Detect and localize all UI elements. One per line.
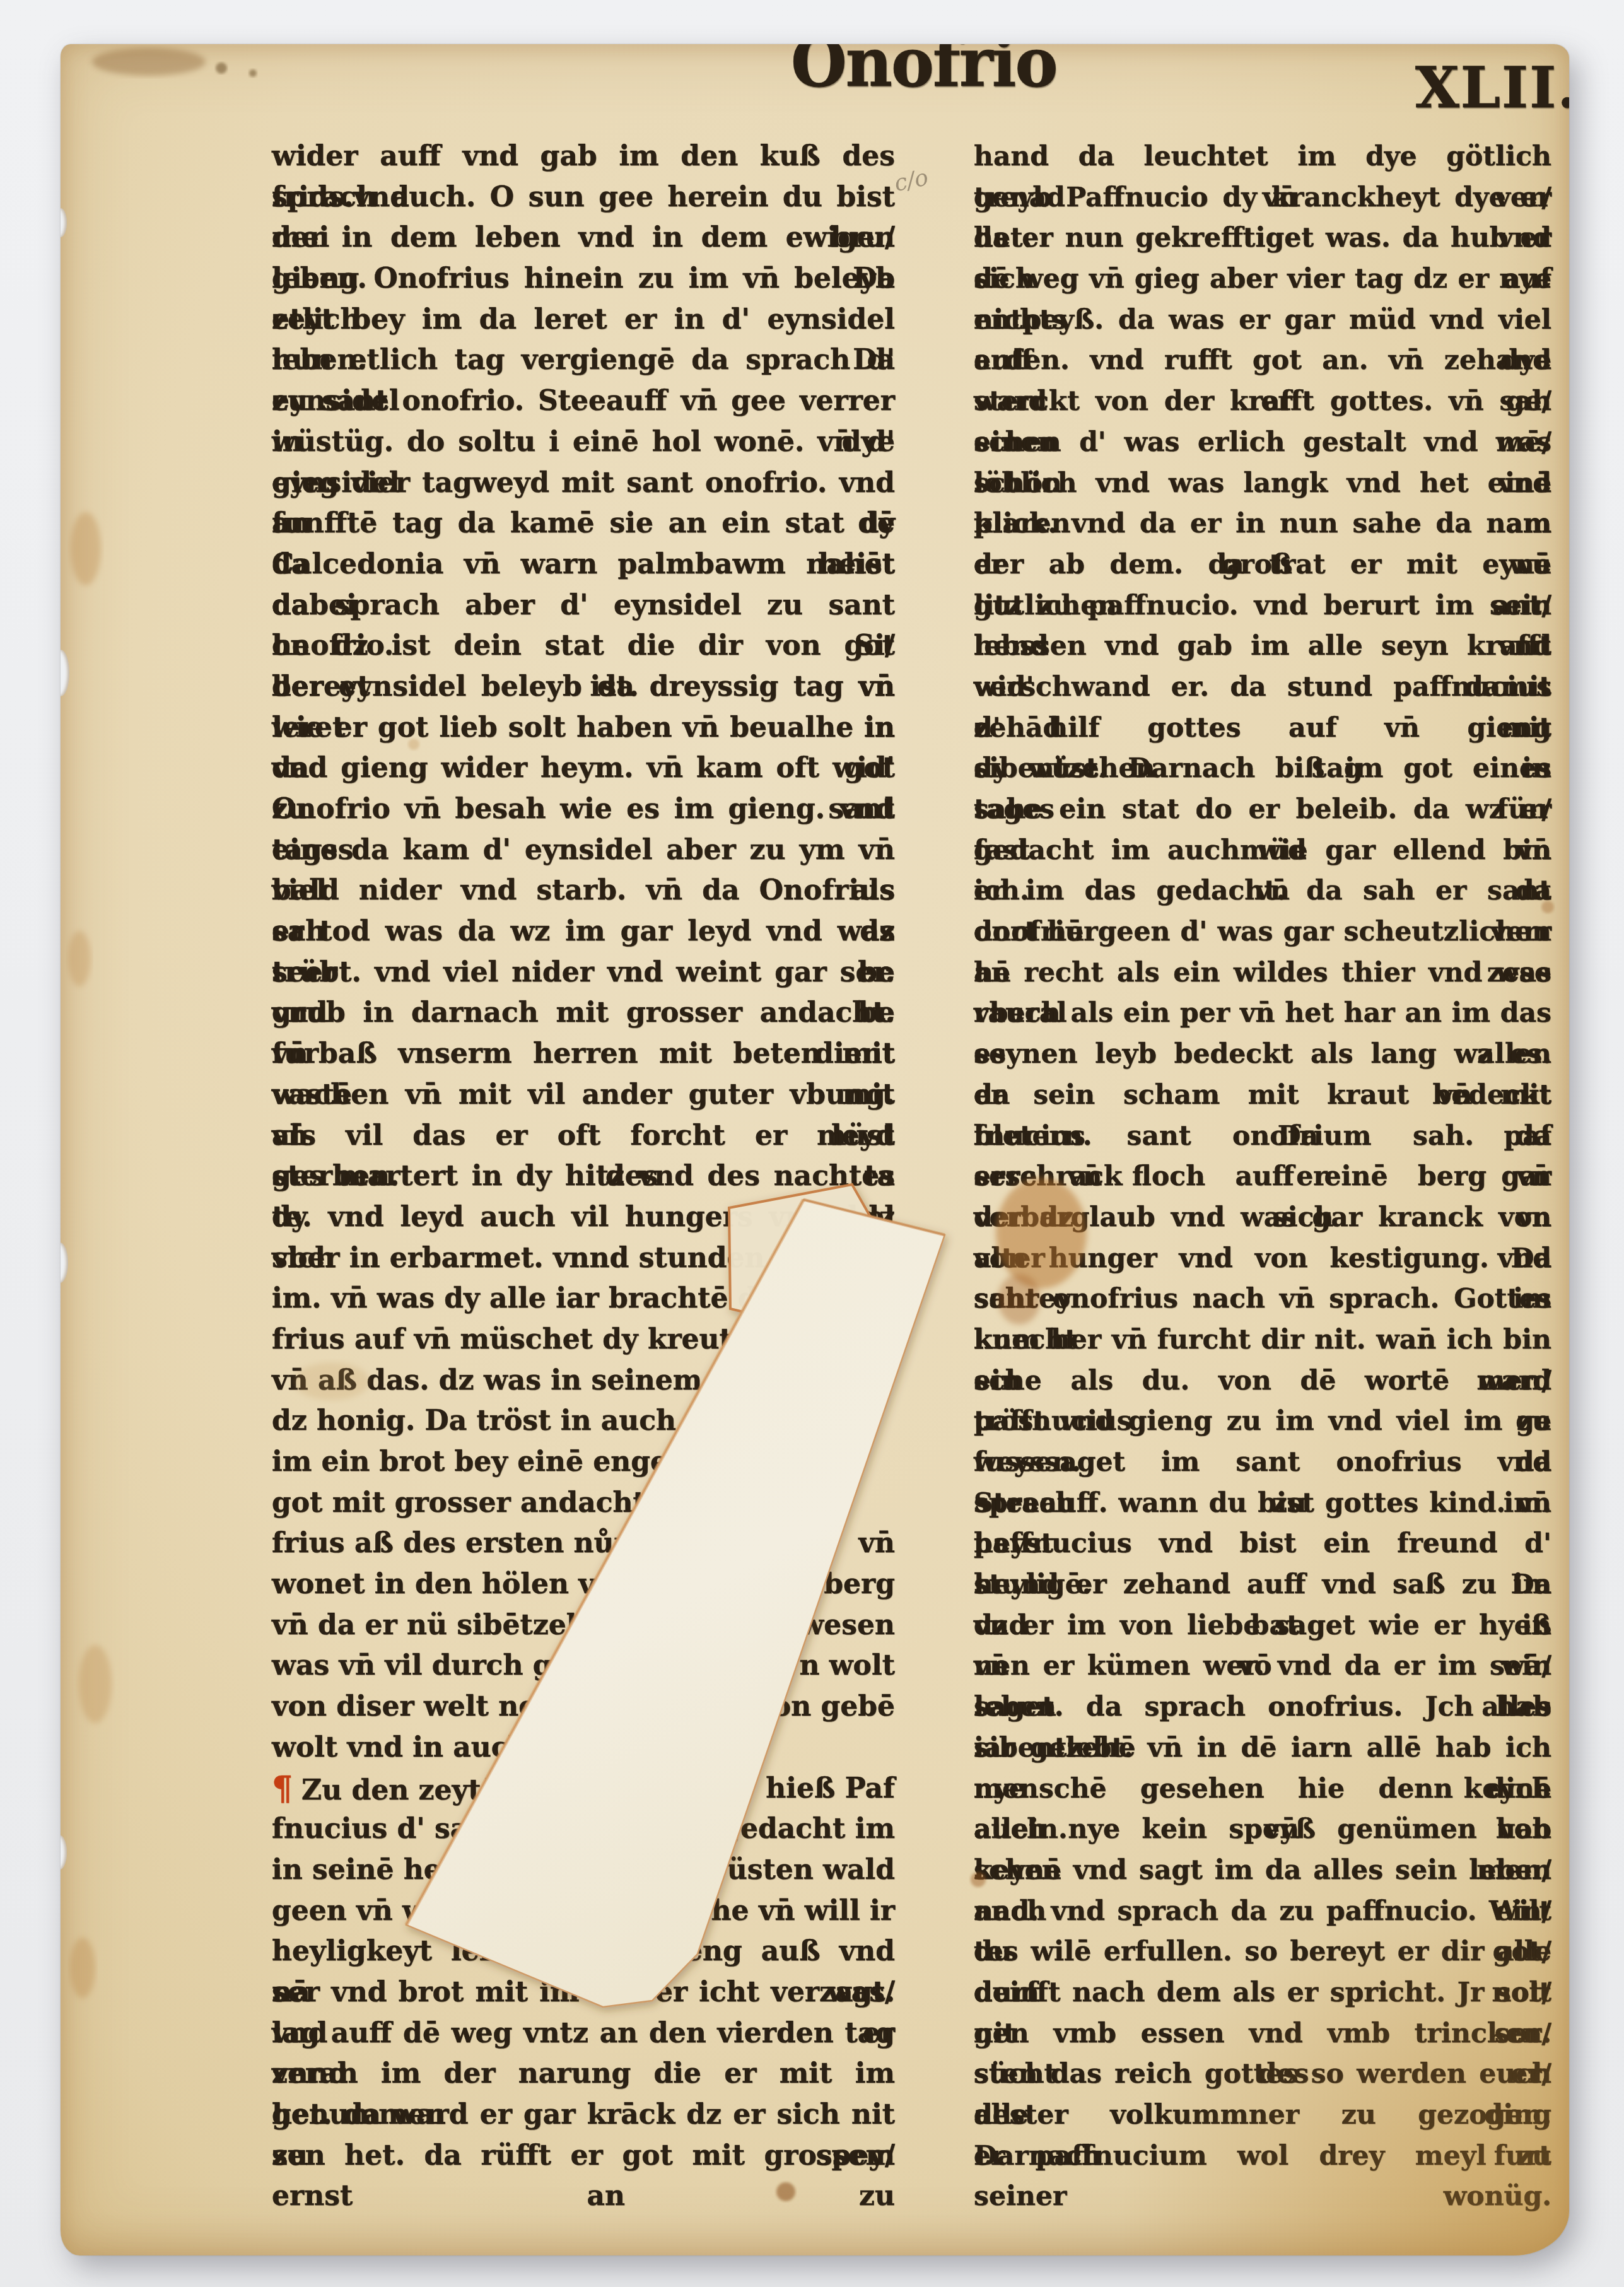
text-line: sen het. da rüfft er got mit grossem ern… xyxy=(272,2136,895,2177)
text-line: er paffnucium wol drey meyl zu seiner wo… xyxy=(974,2136,1551,2177)
text-line: vn̄ da er nü sibētzehen iarwesen xyxy=(272,1605,895,1646)
text-line: lag auff dē weg vntz an den vierden tag … xyxy=(272,2013,895,2054)
text-line: wie er got lieb solt haben vn̄ beualhe i… xyxy=(272,708,895,749)
text-line: sten das reich gottes so werden euch all… xyxy=(974,2054,1551,2095)
text-line: vber in erbarmet. vnnd stunden auch pal xyxy=(272,1238,895,1279)
text-line: nen er kümen wer. vnd da er im sein lebe… xyxy=(974,1646,1551,1687)
text-line: hē recht als ein wildes thier vnd was vb… xyxy=(974,952,1551,993)
text-line: ¶Zu den zeytē wzd' hieß Paf xyxy=(272,1769,895,1810)
edge-chip xyxy=(61,1243,68,1283)
text-line: zu sant onofrio. Steeauff vn̄ gee verrer… xyxy=(272,381,895,422)
text-line: rauch als ein per vn̄ het har an im das … xyxy=(974,993,1551,1034)
text-line: stund er zehand auff vnd saß zu im vnd b… xyxy=(974,1564,1551,1605)
text-line: kum her vn̄ furcht dir nit. wan̄ ich bin… xyxy=(974,1319,1551,1360)
edge-chip xyxy=(61,1835,67,1869)
text-line: im. vn̄ was dy alle iar brachtē dy lah s… xyxy=(272,1278,895,1319)
line-fragment-left: wonet in den hölen vnd in d xyxy=(272,1564,704,1605)
line-fragment-left: von diser welt nemen. v xyxy=(272,1687,639,1728)
text-line: litz zu paffnucio. vnd berurt im sein he… xyxy=(974,585,1551,626)
text-line: der ab dem. da trat er mit eynē gutliche… xyxy=(974,544,1551,585)
text-line: wider auff vnd gab im den kuß des frids.… xyxy=(272,136,895,177)
text-line: zeran im der narung die er mit im genumm… xyxy=(272,2054,895,2095)
text-line: plick. vnd da er in nun sahe da nam er g… xyxy=(974,503,1551,544)
stain xyxy=(71,512,101,585)
handwritten-mark: c/o xyxy=(892,165,930,197)
text-line: paffnucius vnd bist ein freund d' heylig… xyxy=(974,1523,1551,1564)
text-line: er im das gedacht. da sah er sant onofri… xyxy=(974,870,1551,911)
text-line: erden. vnd rufft got an. vn̄ zehand ward… xyxy=(974,340,1551,381)
text-line: dz honig. Da tröst in auch vnser h xyxy=(272,1401,895,1442)
text-line: wachen vn̄ mit vil ander guter vbung. vn… xyxy=(272,1075,895,1116)
stain xyxy=(70,1938,95,1998)
text-line: he dz ist dein stat die dir von got bere… xyxy=(272,626,895,667)
text-line: hand da leuchtet im dye götlich genad vn… xyxy=(974,136,1551,177)
stain xyxy=(68,931,91,986)
text-line: trübt. vnd viel nider vnd weint gar ser.… xyxy=(272,952,895,993)
text-line: frius aß des ersten nůr krautvn̄ xyxy=(272,1523,895,1564)
text-line: er sein scham mit kraut vn̄ mit bletern.… xyxy=(974,1075,1551,1116)
edge-chip xyxy=(61,650,69,696)
running-title: Onofrio xyxy=(791,44,1056,102)
text-line: tröst vnd gieng zu im vnd viel im zu fus… xyxy=(974,1401,1551,1442)
text-line: wonet in den hölen vnd in dberg xyxy=(272,1564,895,1605)
text-line: als vil das er oft forcht er müst sterbe… xyxy=(272,1116,895,1157)
text-line: von hunger vnd von kestigung. Da schrey … xyxy=(974,1238,1551,1279)
text-line: der eynsidel beleyb da dreyssig tag vn̄ … xyxy=(272,667,895,708)
stain xyxy=(216,62,227,74)
text-line: er tod was da wz im gar leyd vnd was see… xyxy=(272,911,895,952)
line-fragment-right: d' hieß Paf xyxy=(728,1769,895,1810)
line-fragment-right: berg xyxy=(824,1564,895,1605)
text-line: ser vnd brot mit im das er icht verzagt.… xyxy=(272,1972,895,2013)
text-line: frius auf vn̄ müschet dy kreutter blet xyxy=(272,1319,895,1360)
line-fragment-left: vber in erbarmet. vnnd stunden auch pal xyxy=(272,1238,907,1279)
text-line: furbaß vnserm herren mit beten mit vastē… xyxy=(272,1034,895,1075)
line-fragment-left: geen vn̄ will dy eynsi xyxy=(272,1891,593,1932)
text-line: funfftē tag da kamē sie an ein stat dy d… xyxy=(272,503,895,544)
line-fragment-left: ¶Zu den zeytē wz xyxy=(272,1769,548,1810)
text-line: Onofrio vn̄ besah wie es im gieng. vnd e… xyxy=(272,789,895,830)
line-fragment-right: on gebē xyxy=(773,1687,895,1728)
text-line: löblich vnd was langk vnd het einē klare… xyxy=(974,463,1551,504)
text-column-right: hand da leuchtet im dye götlich genad vn… xyxy=(974,136,1551,2176)
text-line: menschē gesehen hie denn dich allein. vn… xyxy=(974,1769,1551,1810)
folio-number: XLII. xyxy=(1415,54,1569,121)
text-line: seynen leyb bedeckt als lang wz es. da b… xyxy=(974,1034,1551,1075)
book-page: Onofrio XLII. c/o wider auff vnd gab im … xyxy=(61,44,1569,2255)
line-fragment-right: vn̄ xyxy=(858,1523,895,1564)
rubric-paragraph-mark: ¶ xyxy=(272,1769,301,1808)
line-fragment-right: wesen xyxy=(800,1605,895,1646)
line-fragment-left: vn̄ da er nü sibētzehen iar xyxy=(272,1605,677,1646)
text-line: in seinē hertzen.n wüsten wald xyxy=(272,1850,895,1891)
text-line: wolt vnd in auch furs xyxy=(272,1728,895,1769)
text-line: weyssaget im sant onofrius vnd sprach zu… xyxy=(974,1442,1551,1483)
text-line: zeyt bey im da leret er in d' eynsidel l… xyxy=(272,300,895,341)
edge-chip xyxy=(61,208,67,237)
text-line: sant onofrius nach vn̄ sprach. Gottes kn… xyxy=(974,1278,1551,1319)
text-line: verschwand er. da stund paffnucius zehād… xyxy=(974,667,1551,708)
line-fragment-left: frius aß des ersten nůr kraut xyxy=(272,1523,723,1564)
line-fragment-right: ch sehe vn̄ will ir xyxy=(631,1891,895,1932)
text-line: and. vnd sprach da zu paffnucio. Wilt du… xyxy=(974,1891,1551,1932)
stain xyxy=(79,1645,112,1723)
text-line: sterckt von der krafft gottes. vn̄ sah e… xyxy=(974,381,1551,422)
text-line: vn̄ aß das. dz was in seinem mund d xyxy=(272,1360,895,1401)
text-line: dy wüst. Darnach biß im got eines tages … xyxy=(974,748,1551,789)
text-line: Steeauff. wann du bist gottes kind. vn̄ … xyxy=(974,1483,1551,1524)
text-line: gieng Onofrius hinein zu im vn̄ beleyb e… xyxy=(272,259,895,300)
text-line: gedacht im auch wie gar ellend bin ich. … xyxy=(974,830,1551,871)
text-line: ges martert in dy hitz vnd des nachtes d… xyxy=(272,1156,895,1197)
line-fragment-left: was vn̄ vil durch got geb xyxy=(272,1646,650,1687)
text-line: dē weg vn̄ gieg aber vier tag dz er nye … xyxy=(974,259,1551,300)
stain xyxy=(92,48,206,76)
text-line: sahe ein stat do er beleib. da wz er fas… xyxy=(974,789,1551,830)
text-line: bald nider vnd starb. vn̄ da Onofrius sa… xyxy=(272,870,895,911)
text-line: fnucius d' sah einesvn̄ gedacht im xyxy=(272,1809,895,1850)
text-line: von diser welt nemen. von gebē xyxy=(272,1687,895,1728)
text-line: sche als du. von dē wortē ward paffnuciu… xyxy=(974,1360,1551,1401)
line-fragment-left: got mit grosser andacht. Der li xyxy=(272,1483,752,1524)
line-fragment-left: wolt vnd in auch furs xyxy=(272,1728,600,1769)
text-line: Calcedonia vn̄ warn palmbawm nahēt dabei xyxy=(272,544,895,585)
text-line: tes wilē erfullen. so bereyt er dir alle… xyxy=(974,1931,1551,1972)
line-fragment-left: fnucius d' sah eines xyxy=(272,1809,580,1850)
stain xyxy=(249,69,257,77)
text-line: fnucius sant onofrium sah. da erschrack … xyxy=(974,1116,1551,1157)
line-fragment-right: vn̄ gedacht im xyxy=(675,1809,895,1850)
text-line: saget. da sprach onofrius. Jch hab siben… xyxy=(974,1687,1551,1728)
text-line: entpeyß. da was er gar müd vnd viel auff… xyxy=(974,300,1551,341)
text-line: wüstüg. do soltu i einē hol wonē. vn̄ d'… xyxy=(272,422,895,463)
text-line: het. da ward er gar krāck dz er sich nit… xyxy=(272,2095,895,2136)
text-line: d' hilf gottes auf vn̄ gieng sibentzehen… xyxy=(974,708,1551,749)
text-line: der dz laub vnd was gar kranck von alter… xyxy=(974,1197,1551,1238)
text-line: nun etlich tag vergiengē da sprach d' ey… xyxy=(272,340,895,381)
line-fragment-left: vn̄ aß das. dz was in seinem mund d xyxy=(272,1360,830,1401)
text-line: vnd gieng wider heym. vn̄ kam oft wid' z… xyxy=(272,748,895,789)
text-line: dz er im von liebe saget wie er hyeß vn̄… xyxy=(974,1605,1551,1646)
text-line: geen vn̄ will dy eynsich sehe vn̄ will i… xyxy=(272,1891,895,1932)
line-fragment-left: frius auf vn̄ müschet dy kreutter blet xyxy=(272,1319,848,1360)
text-line: gieg vier tagweyd mit sant onofrio. vnd … xyxy=(272,463,895,504)
line-fragment-left: im. vn̄ was dy alle iar brachtē dy lah s… xyxy=(272,1278,875,1319)
line-fragment-right: n wolt xyxy=(799,1646,895,1687)
text-line: te. vnd leyd auch vil hungers vntz. dz s… xyxy=(272,1197,895,1238)
text-line: auch nye kein speyß genümen von keynē me… xyxy=(974,1809,1551,1850)
line-fragment-left: in seinē hertzen. xyxy=(272,1850,532,1891)
text-line: dort hergeen d' was gar scheutzlichen an… xyxy=(974,911,1551,952)
text-line: schen vnd sagt im da alles sein leben na… xyxy=(974,1850,1551,1891)
text-line: sprach auch. O sun gee herein du bist me… xyxy=(272,177,895,218)
text-line: sere vn̄ floch auff einē berg vn̄ verbar… xyxy=(974,1156,1551,1197)
text-line: im ein brot bey einē engel. d' gen xyxy=(272,1442,895,1483)
text-column-left: wider auff vnd gab im den kuß des frids.… xyxy=(272,136,895,2176)
text-line: durfft nach dem als er spricht. Jr solt … xyxy=(974,1972,1551,2013)
line-fragment-right: n wüsten wald xyxy=(674,1850,895,1891)
text-line: der in dem leben vnd in dem ewigen leben… xyxy=(272,218,895,259)
text-line: da sprach aber d' eynsidel zu sant onofr… xyxy=(272,585,895,626)
text-line: tags da kam d' eynsidel aber zu ym vn̄ v… xyxy=(272,830,895,871)
text-line: da er nun gekrefftiget was. da hub er si… xyxy=(974,218,1551,259)
text-line: lebssen vnd gab im alle seyn krafft wid'… xyxy=(974,626,1551,667)
line-fragment-left: dz honig. Da tröst in auch vnser h xyxy=(272,1401,800,1442)
text-line: iar gelebt. vn̄ in dē iarn allē hab ich … xyxy=(974,1728,1551,1769)
text-line: heyligkeyt lernen. vnd gieng auß vnd nā … xyxy=(272,1931,895,1972)
text-line: was vn̄ vil durch got gebn wolt xyxy=(272,1646,895,1687)
text-line: schen d' was erlich gestalt vnd was schö… xyxy=(974,422,1551,463)
line-fragment-left: im ein brot bey einē engel. d' gen xyxy=(272,1442,793,1483)
text-line: got mit grosser andacht. Der li xyxy=(272,1483,895,1524)
scan-backdrop: Onofrio XLII. c/o wider auff vnd gab im … xyxy=(0,0,1624,2287)
text-line: treyb Paffnucio dy kranckheyt dye er het… xyxy=(974,177,1551,218)
text-line: dester volkummner zu gezogen. Darnach fu… xyxy=(974,2095,1551,2136)
text-line: grub in darnach mit grosser andacht. vn̄… xyxy=(272,993,895,1034)
text-line: gen vmb essen vnd vmb trincken. sücht de… xyxy=(974,2013,1551,2054)
